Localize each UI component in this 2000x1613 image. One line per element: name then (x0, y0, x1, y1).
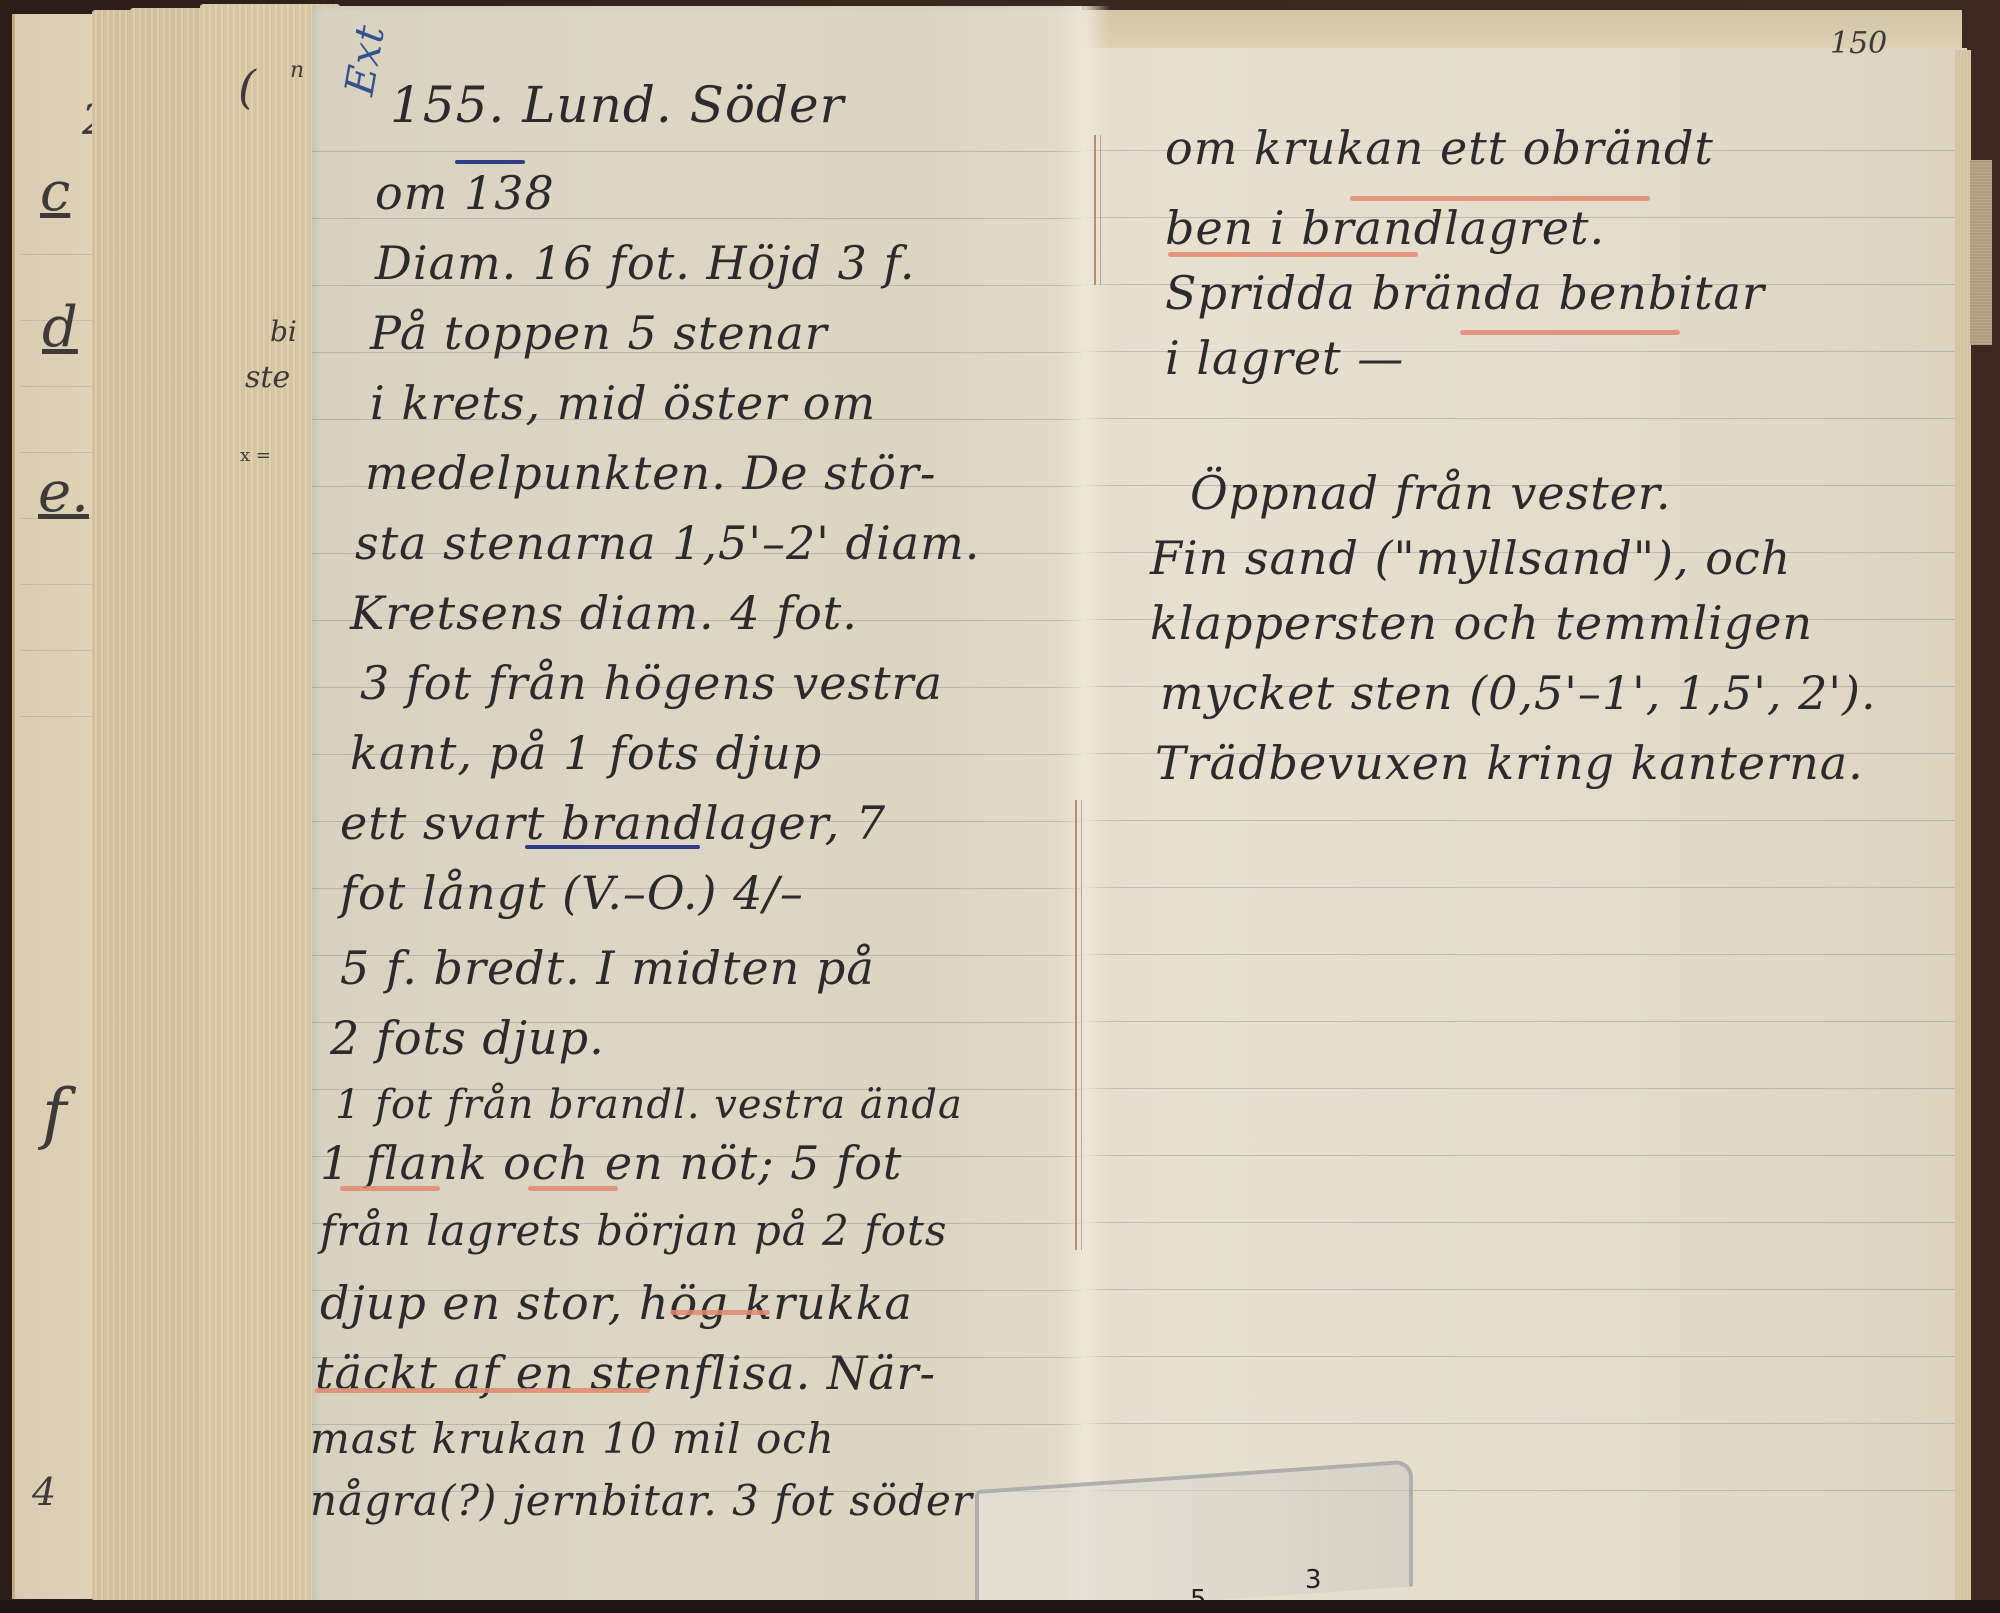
handwritten-line: 155. Lund. Söder (390, 80, 844, 130)
handwritten-line: fot långt (V.–O.) 4/– (340, 870, 804, 916)
handwritten-line: 1 flank och en nöt; 5 fot (320, 1140, 902, 1186)
handwritten-line: klappersten och temmligen (1150, 600, 1813, 646)
blue-pencil-mark: Ext (340, 22, 392, 99)
partial-word: x = (240, 445, 271, 466)
handwritten-line: Öppnad från vester. (1190, 470, 1672, 516)
handwritten-line: från lagrets början på 2 fots (320, 1210, 947, 1252)
partial-word: bi (270, 315, 297, 348)
handwritten-line: kant, på 1 fots djup (350, 730, 822, 776)
handwritten-line: Trädbevuxen kring kanterna. (1155, 740, 1864, 786)
handwritten-line: sta stenarna 1,5'–2' diam. (355, 520, 980, 566)
handwritten-line: i lagret — (1165, 335, 1404, 381)
handwritten-line: om 138 (375, 170, 555, 216)
blue-underline (525, 845, 700, 849)
margin-note: e. (38, 460, 89, 525)
cloth-spine-tab (1970, 160, 1992, 345)
handwritten-line: 2 fots djup. (330, 1015, 605, 1061)
partial-word: n (290, 58, 304, 83)
handwritten-line: några(?) jernbitar. 3 fot söder (310, 1480, 973, 1522)
handwritten-line: Diam. 16 fot. Höjd 3 f. (375, 240, 916, 286)
page-number: 150 (1830, 26, 1887, 61)
red-underline (670, 1310, 770, 1315)
handwritten-line: Fin sand ("myllsand"), och (1150, 535, 1791, 581)
partial-word: ste (245, 360, 290, 395)
ruler-mark: 3 (1305, 1565, 1322, 1595)
binding-staple (1075, 800, 1082, 1250)
margin-note: f (42, 1075, 66, 1152)
margin-note: 4 (32, 1470, 56, 1514)
blue-underline (455, 160, 525, 164)
handwritten-line: om krukan ett obrändt (1165, 125, 1714, 171)
gutter (1060, 6, 1110, 1606)
handwritten-line: mycket sten (0,5'–1', 1,5', 2'). (1160, 670, 1877, 716)
right-page-stack (1955, 50, 1971, 1606)
margin-note: d (42, 295, 78, 360)
handwritten-line: På toppen 5 stenar (370, 310, 828, 356)
handwritten-line: i krets, mid öster om (370, 380, 876, 426)
handwritten-line: Spridda brända benbitar (1165, 270, 1765, 316)
handwritten-line: ben i brandlagret. (1165, 205, 1605, 251)
handwritten-line: medelpunkten. De stör- (365, 450, 936, 496)
margin-note: c (40, 160, 70, 223)
binding-staple (1094, 135, 1101, 285)
handwritten-line: 5 f. bredt. I midten på (340, 945, 875, 991)
red-underline (340, 1186, 440, 1191)
handwritten-line: ett svart brandlager, 7 (340, 800, 886, 846)
red-underline (1460, 330, 1680, 335)
handwritten-line: djup en stor, hög krukka (320, 1280, 913, 1326)
partial-word: ( (238, 60, 256, 114)
red-underline (528, 1186, 618, 1191)
handwritten-line: Kretsens diam. 4 fot. (350, 590, 858, 636)
handwritten-line: 1 fot från brandl. vestra ända (335, 1085, 963, 1125)
handwritten-line: mast krukan 10 mil och (310, 1418, 835, 1460)
red-underline (315, 1388, 650, 1393)
bottom-edge (0, 1600, 2000, 1613)
red-underline (1168, 252, 1418, 257)
handwritten-line: 3 fot från högens vestra (360, 660, 943, 706)
